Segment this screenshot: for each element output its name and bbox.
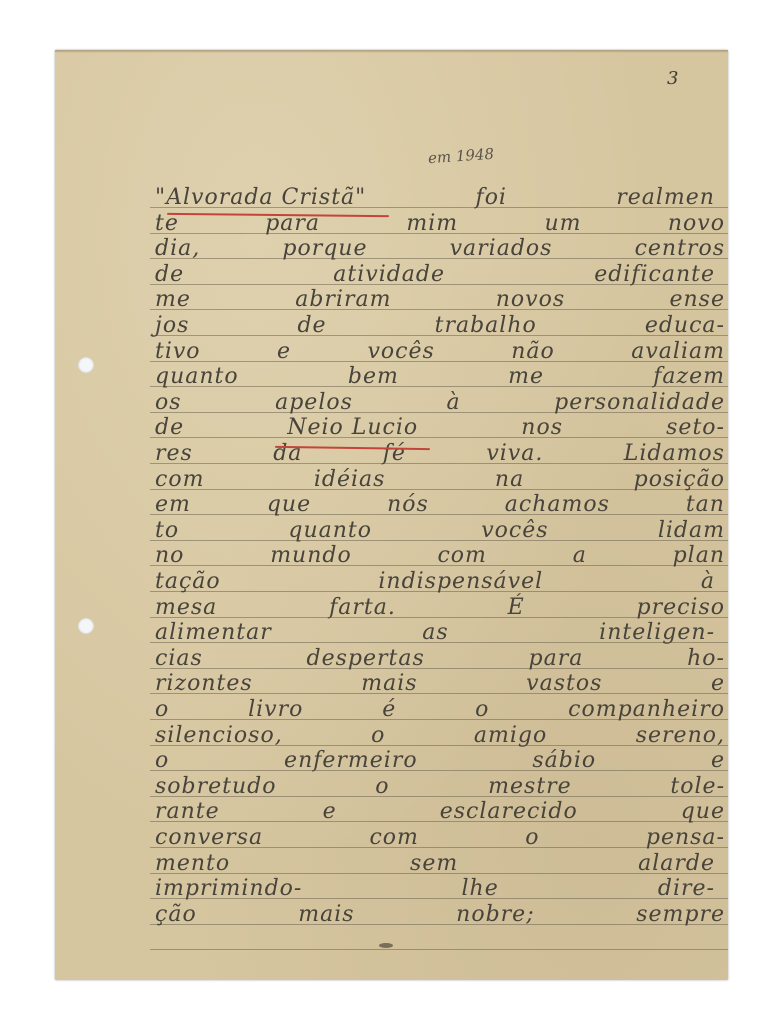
- word: alimentar: [155, 620, 272, 645]
- manuscript-page: 3 em 1948 "Alvorada Cristã"foirealmentep…: [55, 50, 728, 980]
- text-line: çãomaisnobre;sempre: [155, 902, 725, 927]
- word: bem: [348, 364, 399, 389]
- text-line: deNeio Lucionosseto-: [155, 415, 725, 440]
- text-line: quantobemmefazem: [155, 364, 725, 389]
- word: mais: [298, 902, 354, 927]
- text-line: silencioso,oamigosereno,: [155, 723, 725, 748]
- word: lidam: [658, 518, 725, 543]
- word: quanto: [155, 364, 239, 389]
- word: à: [701, 569, 715, 594]
- word: despertas: [307, 646, 425, 671]
- word: viva.: [486, 441, 543, 466]
- text-line: osapelosàpersonalidade: [155, 390, 725, 415]
- word: um: [545, 211, 582, 236]
- text-line: rizontesmaisvastose: [155, 671, 725, 696]
- text-line: deatividadeedificante: [155, 262, 715, 287]
- word: de: [297, 313, 326, 338]
- word: a: [573, 543, 587, 568]
- word: que: [267, 492, 311, 517]
- word: avaliam: [631, 339, 725, 364]
- word: fazem: [653, 364, 725, 389]
- word: rante: [155, 799, 220, 824]
- word: edificante: [594, 262, 715, 287]
- punch-hole-bottom: [78, 618, 94, 634]
- word: companheiro: [568, 697, 725, 722]
- word: ho-: [687, 646, 725, 671]
- text-line: toquantovocêslidam: [155, 518, 725, 543]
- date-annotation: em 1948: [427, 145, 494, 168]
- word: fé: [383, 441, 406, 466]
- word: conversa: [155, 825, 263, 850]
- word: porque: [282, 236, 367, 261]
- word: esclarecido: [440, 799, 578, 824]
- word: tivo: [155, 339, 201, 364]
- word: indispensável: [378, 569, 543, 594]
- word: achamos: [505, 492, 610, 517]
- text-line: meabriramnovosense: [155, 287, 725, 312]
- word: no: [155, 543, 184, 568]
- word: sem: [410, 851, 458, 876]
- text-line: tivoevocêsnãoavaliam: [155, 339, 725, 364]
- word: os: [155, 390, 182, 415]
- page-number: 3: [667, 68, 678, 89]
- word: tan: [686, 492, 725, 517]
- word: tação: [155, 569, 221, 594]
- ruled-line: [150, 949, 728, 950]
- word: me: [508, 364, 544, 389]
- word: dia,: [155, 236, 200, 261]
- word: personalidade: [554, 390, 725, 415]
- word: com: [155, 467, 204, 492]
- word: vocês: [481, 518, 548, 543]
- word: mesa: [155, 595, 217, 620]
- word: quanto: [288, 518, 372, 543]
- word: centros: [635, 236, 725, 261]
- word: apelos: [275, 390, 353, 415]
- word: e: [711, 748, 725, 773]
- text-line: josdetrabalhoeduca-: [155, 313, 725, 338]
- word: inteligen-: [599, 620, 715, 645]
- word: de: [155, 262, 184, 287]
- word: tole-: [670, 774, 725, 799]
- page-edge: [55, 50, 728, 53]
- word: com: [437, 543, 486, 568]
- word: o: [525, 825, 539, 850]
- word: imprimindo-: [155, 876, 302, 901]
- word: me: [155, 287, 191, 312]
- word: dire-: [658, 876, 715, 901]
- word: à: [446, 390, 460, 415]
- word: para: [529, 646, 584, 671]
- word: as: [422, 620, 448, 645]
- word: da: [273, 441, 302, 466]
- word: idéias: [314, 467, 386, 492]
- text-line: resdaféviva.Lidamos: [155, 441, 725, 466]
- word: amigo: [474, 723, 547, 748]
- word: enfermeiro: [284, 748, 418, 773]
- word: variados: [450, 236, 553, 261]
- word: o: [475, 697, 489, 722]
- word: "Alvorada Cristã": [155, 185, 366, 210]
- word: e: [711, 671, 725, 696]
- word: posição: [634, 467, 725, 492]
- word: o: [375, 774, 389, 799]
- word: educa-: [645, 313, 725, 338]
- word: realmen: [616, 185, 715, 210]
- word: de: [155, 415, 184, 440]
- word: mundo: [270, 543, 352, 568]
- text-line: ciasdespertasparaho-: [155, 646, 725, 671]
- text-line: conversacomopensa-: [155, 825, 725, 850]
- word: Neio Lucio: [287, 415, 418, 440]
- word: é: [382, 697, 396, 722]
- text-line: emquenósachamostan: [155, 492, 725, 517]
- word: nos: [521, 415, 563, 440]
- word: pensa-: [646, 825, 725, 850]
- text-line: nomundocomaplan: [155, 543, 725, 568]
- word: o: [155, 697, 169, 722]
- word: vocês: [368, 339, 435, 364]
- word: nobre;: [456, 902, 534, 927]
- word: atividade: [333, 262, 445, 287]
- word: que: [681, 799, 725, 824]
- text-line: alimentarasinteligen-: [155, 620, 715, 645]
- word: não: [511, 339, 555, 364]
- word: com: [369, 825, 418, 850]
- word: to: [155, 518, 179, 543]
- word: nós: [387, 492, 429, 517]
- word: seto-: [666, 415, 725, 440]
- word: Lidamos: [624, 441, 725, 466]
- word: É: [508, 595, 525, 620]
- word: cias: [155, 646, 203, 671]
- text-line: sobretudoomestretole-: [155, 774, 725, 799]
- word: farta.: [329, 595, 396, 620]
- word: mim: [406, 211, 458, 236]
- text-line: oenfermeirosábioe: [155, 748, 725, 773]
- word: ense: [669, 287, 725, 312]
- text-line: "Alvorada Cristã"foirealmen: [155, 185, 715, 210]
- text-line: olivroéocompanheiro: [155, 697, 725, 722]
- text-line: dia,porquevariadoscentros: [155, 236, 725, 261]
- word: vastos: [526, 671, 602, 696]
- word: alarde: [638, 851, 715, 876]
- text-line: mentosemalarde: [155, 851, 715, 876]
- text-line: comidéiasnaposição: [155, 467, 725, 492]
- text-line: taçãoindispensávelà: [155, 569, 715, 594]
- text-line: imprimindo-lhedire-: [155, 876, 715, 901]
- word: jos: [155, 313, 189, 338]
- word: mais: [361, 671, 417, 696]
- word: o: [155, 748, 169, 773]
- word: o: [371, 723, 385, 748]
- word: em: [155, 492, 191, 517]
- word: mento: [155, 851, 230, 876]
- word: livro: [248, 697, 303, 722]
- word: sereno,: [636, 723, 725, 748]
- word: mestre: [488, 774, 572, 799]
- text-line: ranteeesclarecidoque: [155, 799, 725, 824]
- word: e: [277, 339, 291, 364]
- punch-hole-top: [78, 357, 94, 373]
- word: res: [155, 441, 193, 466]
- word: sempre: [636, 902, 725, 927]
- text-line: mesafarta.Épreciso: [155, 595, 725, 620]
- word: sobretudo: [155, 774, 277, 799]
- ink-smudge: [379, 943, 393, 948]
- word: ção: [155, 902, 197, 927]
- word: silencioso,: [155, 723, 283, 748]
- word: e: [323, 799, 337, 824]
- word: lhe: [462, 876, 499, 901]
- word: sábio: [532, 748, 596, 773]
- word: novo: [668, 211, 725, 236]
- word: na: [495, 467, 524, 492]
- word: trabalho: [435, 313, 537, 338]
- word: preciso: [636, 595, 725, 620]
- word: foi: [476, 185, 507, 210]
- word: plan: [673, 543, 725, 568]
- word: novos: [496, 287, 565, 312]
- word: abriram: [295, 287, 391, 312]
- word: rizontes: [155, 671, 253, 696]
